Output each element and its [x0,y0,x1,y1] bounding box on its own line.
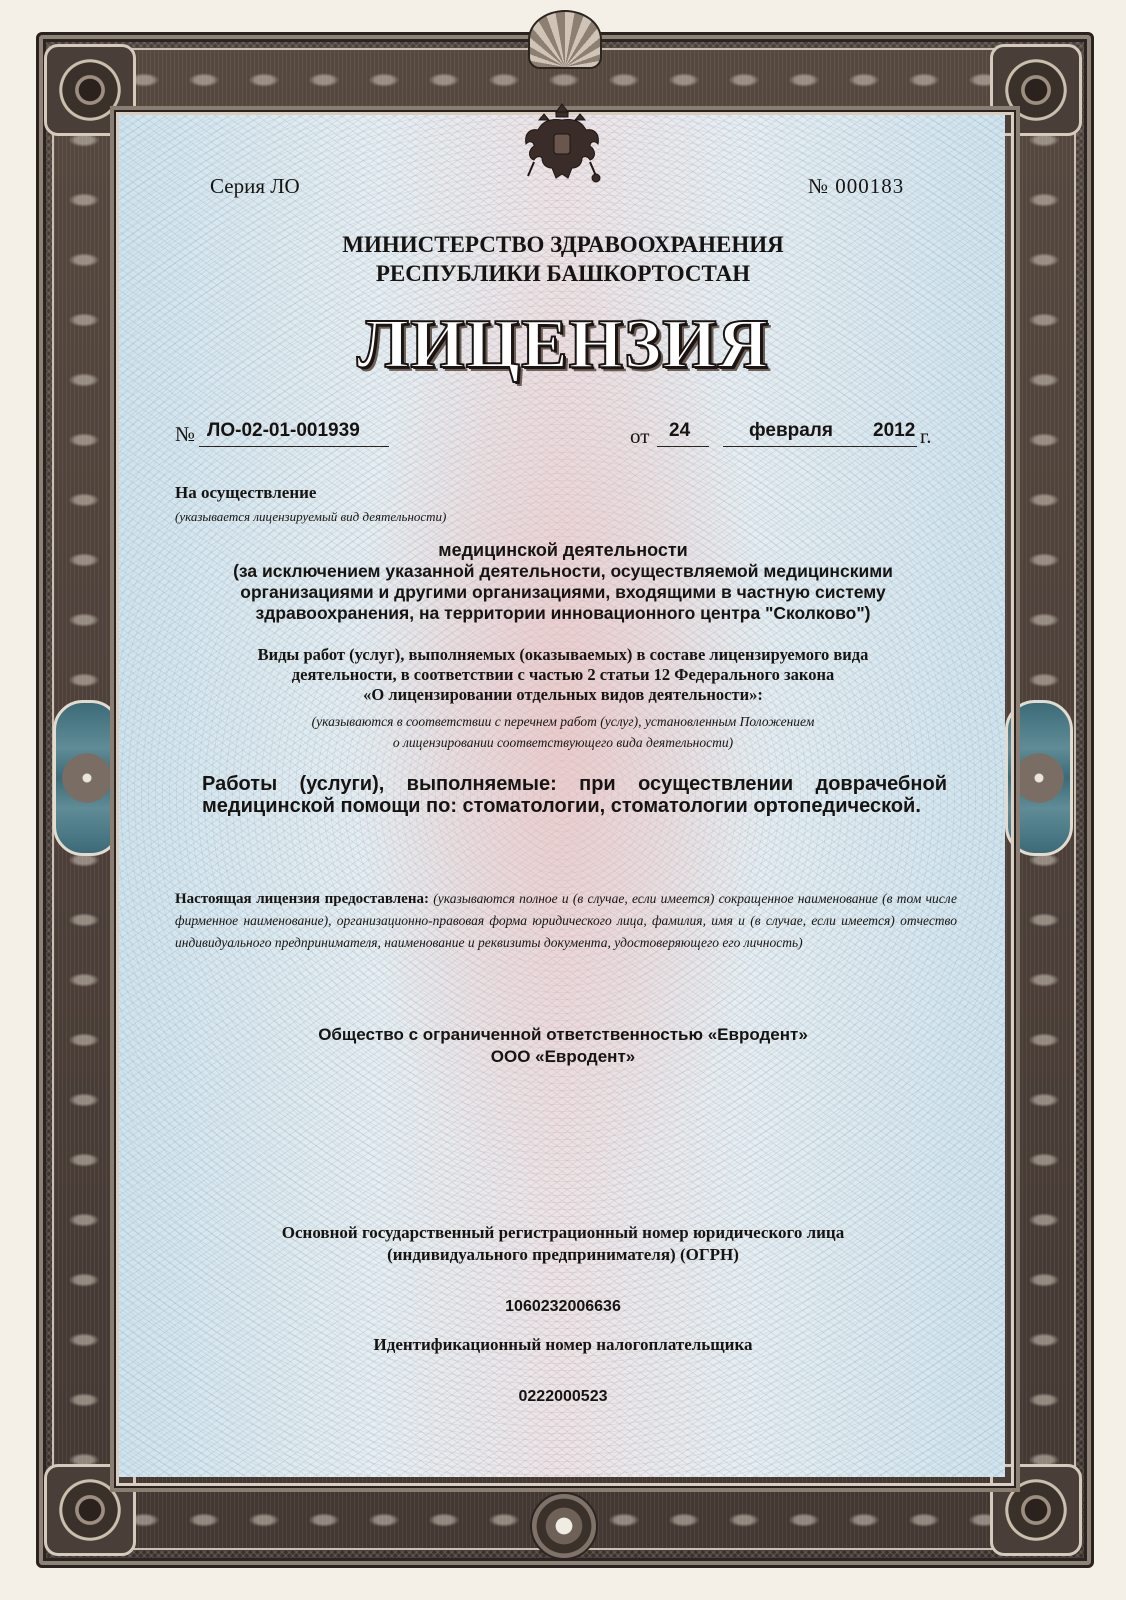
date-day: 24 [669,420,690,442]
works-heading-line: деятельности, в соответствии с частью 2 … [175,665,951,685]
date-day-field: 24 [657,420,709,447]
series-label: Серия ЛО [210,174,300,199]
number-prefix: № [175,422,195,447]
inn-value: 0222000523 [175,1388,951,1406]
activity-line: здравоохранения, на территории инновацио… [190,603,936,624]
activity-line: медицинской деятельности [190,540,936,561]
licensed-activity: медицинской деятельности (за исключением… [190,540,936,624]
ogrn-value: 1060232006636 [175,1298,951,1316]
works-heading: Виды работ (услуг), выполняемых (оказыва… [175,645,951,705]
license-number-row: № ЛО-02-01-001939 от 24 февраля 2012 г. [175,420,965,452]
issuing-authority: МИНИСТЕРСТВО ЗДРАВООХРАНЕНИЯ РЕСПУБЛИКИ … [200,230,926,288]
works-hint: (указываются в соответствии с перечнем р… [175,711,951,753]
serial-number: № 000183 [808,174,904,199]
license-number: ЛО-02-01-001939 [207,420,360,442]
ogrn-label-line: Основной государственный регистрационный… [175,1222,951,1244]
works-list: Работы (услуги), выполняемые: при осущес… [202,773,947,817]
activity-line: (за исключением указанной деятельности, … [190,561,936,582]
ministry-line: МИНИСТЕРСТВО ЗДРАВООХРАНЕНИЯ [200,230,926,259]
document-title-block: ЛИЦЕНЗИЯ [200,308,926,382]
inn-label: Идентификационный номер налогоплательщик… [175,1335,951,1355]
date-prefix: от [630,424,649,449]
ministry-line: РЕСПУБЛИКИ БАШКОРТОСТАН [200,259,926,288]
works-hint-line: (указываются в соответствии с перечнем р… [175,711,951,732]
organization-full-name: Общество с ограниченной ответственностью… [200,1024,926,1046]
date-month-year-field: февраля 2012 [723,420,917,447]
organization-short-name: ООО «Евродент» [200,1046,926,1068]
license-number-field: ЛО-02-01-001939 [199,420,389,447]
document-title: ЛИЦЕНЗИЯ [200,308,926,382]
year-suffix: г. [920,424,932,449]
activity-line: организациями и другими организациями, в… [190,582,936,603]
holder-label-bold: Настоящая лицензия предоставлена: [175,891,429,907]
holder-label: Настоящая лицензия предоставлена: (указы… [175,888,957,954]
ogrn-label: Основной государственный регистрационный… [175,1222,951,1266]
activity-label: На осуществление [175,483,316,503]
date-month: февраля [749,420,833,442]
activity-hint: (указывается лицензируемый вид деятельно… [175,509,446,525]
date-year: 2012 [873,420,915,442]
ogrn-label-line: (индивидуального предпринимателя) (ОГРН) [175,1244,951,1266]
organization-name: Общество с ограниченной ответственностью… [200,1024,926,1068]
works-heading-line: «О лицензировании отдельных видов деятел… [175,685,951,705]
works-heading-line: Виды работ (услуг), выполняемых (оказыва… [175,645,951,665]
works-hint-line: о лицензировании соответствующего вида д… [175,732,951,753]
